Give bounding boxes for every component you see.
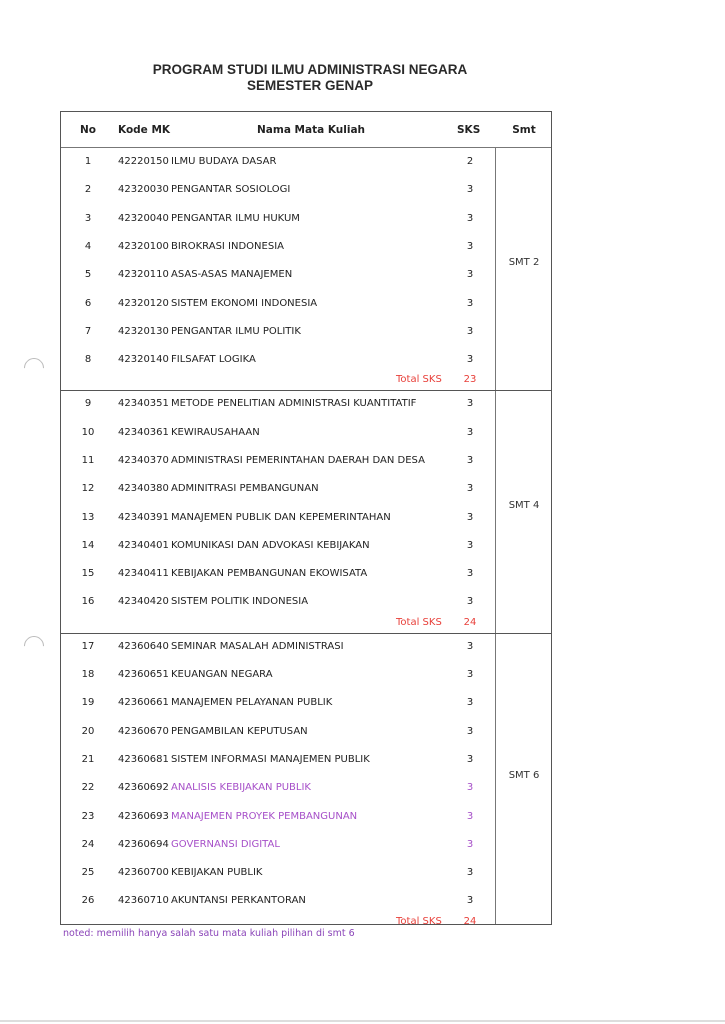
cell-kode: 42220150	[118, 156, 169, 167]
table-row: 1342340391MANAJEMEN PUBLIK DAN KEPEMERIN…	[61, 504, 495, 532]
cell-nama: KEBIJAKAN PUBLIK	[171, 867, 262, 878]
cell-kode: 42340411	[118, 568, 169, 579]
table-row: 742320130PENGANTAR ILMU POLITIK3	[61, 318, 495, 346]
table-row: 1142340370ADMINISTRASI PEMERINTAHAN DAER…	[61, 447, 495, 475]
cell-no: 22	[61, 782, 115, 793]
cell-kode: 42320110	[118, 269, 169, 280]
cell-kode: 42360640	[118, 641, 169, 652]
cell-sks: 3	[459, 354, 481, 365]
cell-no: 13	[61, 512, 115, 523]
cell-kode: 42360693	[118, 811, 169, 822]
total-sks-label: Total SKS	[396, 617, 442, 628]
table-row: 1042340361KEWIRAUSAHAAN3	[61, 419, 495, 447]
cell-nama: ADMINISTRASI PEMERINTAHAN DAERAH DAN DES…	[171, 455, 425, 466]
cell-no: 15	[61, 568, 115, 579]
cell-no: 18	[61, 669, 115, 680]
cell-no: 20	[61, 726, 115, 737]
cell-kode: 42360651	[118, 669, 169, 680]
total-sks-label: Total SKS	[396, 374, 442, 385]
cell-sks: 3	[459, 213, 481, 224]
cell-kode: 42360670	[118, 726, 169, 737]
cell-nama: MANAJEMEN PUBLIK DAN KEPEMERINTAHAN	[171, 512, 391, 523]
cell-sks: 3	[459, 269, 481, 280]
cell-no: 14	[61, 540, 115, 551]
cell-no: 16	[61, 596, 115, 607]
cell-nama: ADMINITRASI PEMBANGUNAN	[171, 483, 319, 494]
table-header: No Kode MK Nama Mata Kuliah SKS Smt	[61, 112, 551, 148]
cell-no: 3	[61, 213, 115, 224]
semester-section: 1742360640SEMINAR MASALAH ADMINISTRASI31…	[61, 633, 551, 932]
cell-kode: 42320040	[118, 213, 169, 224]
cell-no: 9	[61, 398, 115, 409]
cell-no: 2	[61, 184, 115, 195]
table-row: 242320030PENGANTAR SOSIOLOGI3	[61, 176, 495, 204]
cell-sks: 3	[459, 540, 481, 551]
table-row: 1442340401KOMUNIKASI DAN ADVOKASI KEBIJA…	[61, 532, 495, 560]
cell-nama: SEMINAR MASALAH ADMINISTRASI	[171, 641, 344, 652]
cell-kode: 42360661	[118, 697, 169, 708]
document-subtitle: SEMESTER GENAP	[0, 78, 620, 93]
total-sks-label: Total SKS	[396, 916, 442, 927]
cell-sks: 3	[459, 782, 481, 793]
cell-sks: 3	[459, 568, 481, 579]
cell-nama: ANALISIS KEBIJAKAN PUBLIK	[171, 782, 311, 793]
cell-nama: PENGAMBILAN KEPUTUSAN	[171, 726, 308, 737]
section-total: Total SKS24	[61, 617, 495, 631]
total-sks-value: 24	[459, 617, 481, 628]
cell-sks: 3	[459, 811, 481, 822]
cell-sks: 3	[459, 512, 481, 523]
cell-kode: 42360692	[118, 782, 169, 793]
cell-sks: 3	[459, 867, 481, 878]
cell-no: 21	[61, 754, 115, 765]
footnote: noted: memilih hanya salah satu mata kul…	[63, 928, 355, 939]
cell-nama: GOVERNANSI DIGITAL	[171, 839, 280, 850]
table-row: 542320110ASAS-ASAS MANAJEMEN3	[61, 261, 495, 289]
cell-kode: 42320130	[118, 326, 169, 337]
cell-nama: KEBIJAKAN PEMBANGUNAN EKOWISATA	[171, 568, 367, 579]
cell-sks: 3	[459, 298, 481, 309]
cell-sks: 3	[459, 427, 481, 438]
semester-label: SMT 4	[495, 500, 553, 511]
cell-no: 7	[61, 326, 115, 337]
cell-kode: 42320030	[118, 184, 169, 195]
table-row: 342320040PENGANTAR ILMU HUKUM3	[61, 205, 495, 233]
cell-nama: PENGANTAR ILMU HUKUM	[171, 213, 300, 224]
cell-sks: 3	[459, 669, 481, 680]
cell-nama: BIROKRASI INDONESIA	[171, 241, 284, 252]
cell-kode: 42340380	[118, 483, 169, 494]
page-edge	[0, 1020, 725, 1022]
cell-no: 17	[61, 641, 115, 652]
cell-nama: KOMUNIKASI DAN ADVOKASI KEBIJAKAN	[171, 540, 370, 551]
cell-kode: 42340401	[118, 540, 169, 551]
cell-sks: 3	[459, 641, 481, 652]
section-total: Total SKS23	[61, 374, 495, 388]
cell-no: 4	[61, 241, 115, 252]
table-row: 442320100BIROKRASI INDONESIA3	[61, 233, 495, 261]
table-row: 642320120SISTEM EKONOMI INDONESIA3	[61, 290, 495, 318]
cell-nama: PENGANTAR ILMU POLITIK	[171, 326, 301, 337]
semester-section: 142220150ILMU BUDAYA DASAR2242320030PENG…	[61, 148, 551, 391]
cell-sks: 3	[459, 596, 481, 607]
cell-nama: ASAS-ASAS MANAJEMEN	[171, 269, 292, 280]
header-kode: Kode MK	[118, 124, 170, 136]
cell-sks: 3	[459, 184, 481, 195]
cell-no: 10	[61, 427, 115, 438]
table-row: 2442360694GOVERNANSI DIGITAL3	[61, 831, 495, 859]
table-row: 142220150ILMU BUDAYA DASAR2	[61, 148, 495, 176]
table-row: 2242360692ANALISIS KEBIJAKAN PUBLIK3	[61, 774, 495, 802]
cell-no: 5	[61, 269, 115, 280]
table-row: 2042360670PENGAMBILAN KEPUTUSAN3	[61, 718, 495, 746]
cell-sks: 3	[459, 483, 481, 494]
cell-kode: 42360700	[118, 867, 169, 878]
table-row: 1742360640SEMINAR MASALAH ADMINISTRASI3	[61, 633, 495, 661]
cell-sks: 3	[459, 895, 481, 906]
cell-nama: SISTEM INFORMASI MANAJEMEN PUBLIK	[171, 754, 370, 765]
cell-sks: 3	[459, 241, 481, 252]
cell-nama: FILSAFAT LOGIKA	[171, 354, 256, 365]
cell-no: 19	[61, 697, 115, 708]
cell-nama: AKUNTANSI PERKANTORAN	[171, 895, 306, 906]
cell-kode: 42320100	[118, 241, 169, 252]
cell-kode: 42360681	[118, 754, 169, 765]
cell-sks: 3	[459, 839, 481, 850]
cell-no: 6	[61, 298, 115, 309]
cell-no: 1	[61, 156, 115, 167]
table-row: 2542360700KEBIJAKAN PUBLIK3	[61, 859, 495, 887]
cell-nama: ILMU BUDAYA DASAR	[171, 156, 276, 167]
punch-hole-mark	[20, 632, 48, 660]
table-row: 2642360710AKUNTANSI PERKANTORAN3	[61, 887, 495, 915]
table-row: 1642340420SISTEM POLITIK INDONESIA3	[61, 588, 495, 616]
cell-no: 26	[61, 895, 115, 906]
header-nama: Nama Mata Kuliah	[257, 124, 365, 136]
table-row: 942340351METODE PENELITIAN ADMINISTRASI …	[61, 390, 495, 418]
table-row: 1942360661MANAJEMEN PELAYANAN PUBLIK3	[61, 689, 495, 717]
table-row: 1842360651KEUANGAN NEGARA3	[61, 661, 495, 689]
cell-nama: MANAJEMEN PROYEK PEMBANGUNAN	[171, 811, 357, 822]
cell-kode: 42340361	[118, 427, 169, 438]
cell-nama: PENGANTAR SOSIOLOGI	[171, 184, 290, 195]
cell-nama: SISTEM EKONOMI INDONESIA	[171, 298, 317, 309]
cell-nama: MANAJEMEN PELAYANAN PUBLIK	[171, 697, 332, 708]
cell-no: 11	[61, 455, 115, 466]
table-row: 2142360681SISTEM INFORMASI MANAJEMEN PUB…	[61, 746, 495, 774]
cell-sks: 3	[459, 754, 481, 765]
punch-hole-mark	[20, 354, 48, 382]
cell-no: 8	[61, 354, 115, 365]
cell-sks: 3	[459, 726, 481, 737]
cell-kode: 42340391	[118, 512, 169, 523]
document-title: PROGRAM STUDI ILMU ADMINISTRASI NEGARA	[0, 62, 620, 77]
cell-nama: KEWIRAUSAHAAN	[171, 427, 260, 438]
cell-kode: 42360710	[118, 895, 169, 906]
cell-kode: 42340351	[118, 398, 169, 409]
semester-label: SMT 2	[495, 257, 553, 268]
cell-no: 23	[61, 811, 115, 822]
cell-sks: 3	[459, 697, 481, 708]
total-sks-value: 24	[459, 916, 481, 927]
cell-sks: 3	[459, 398, 481, 409]
cell-nama: METODE PENELITIAN ADMINISTRASI KUANTITAT…	[171, 398, 416, 409]
cell-sks: 3	[459, 326, 481, 337]
cell-sks: 3	[459, 455, 481, 466]
header-sks: SKS	[457, 124, 480, 136]
cell-kode: 42360694	[118, 839, 169, 850]
total-sks-value: 23	[459, 374, 481, 385]
cell-kode: 42340370	[118, 455, 169, 466]
cell-no: 25	[61, 867, 115, 878]
table-row: 1242340380ADMINITRASI PEMBANGUNAN3	[61, 475, 495, 503]
cell-no: 24	[61, 839, 115, 850]
header-no: No	[61, 124, 115, 136]
cell-no: 12	[61, 483, 115, 494]
table-row: 2342360693MANAJEMEN PROYEK PEMBANGUNAN3	[61, 803, 495, 831]
semester-section: 942340351METODE PENELITIAN ADMINISTRASI …	[61, 390, 551, 633]
cell-kode: 42320120	[118, 298, 169, 309]
cell-kode: 42320140	[118, 354, 169, 365]
header-smt: Smt	[495, 124, 553, 136]
course-table: No Kode MK Nama Mata Kuliah SKS Smt 1422…	[60, 111, 552, 925]
cell-nama: SISTEM POLITIK INDONESIA	[171, 596, 308, 607]
cell-nama: KEUANGAN NEGARA	[171, 669, 273, 680]
table-row: 842320140FILSAFAT LOGIKA3	[61, 346, 495, 374]
table-row: 1542340411KEBIJAKAN PEMBANGUNAN EKOWISAT…	[61, 560, 495, 588]
cell-kode: 42340420	[118, 596, 169, 607]
cell-sks: 2	[459, 156, 481, 167]
semester-label: SMT 6	[495, 770, 553, 781]
